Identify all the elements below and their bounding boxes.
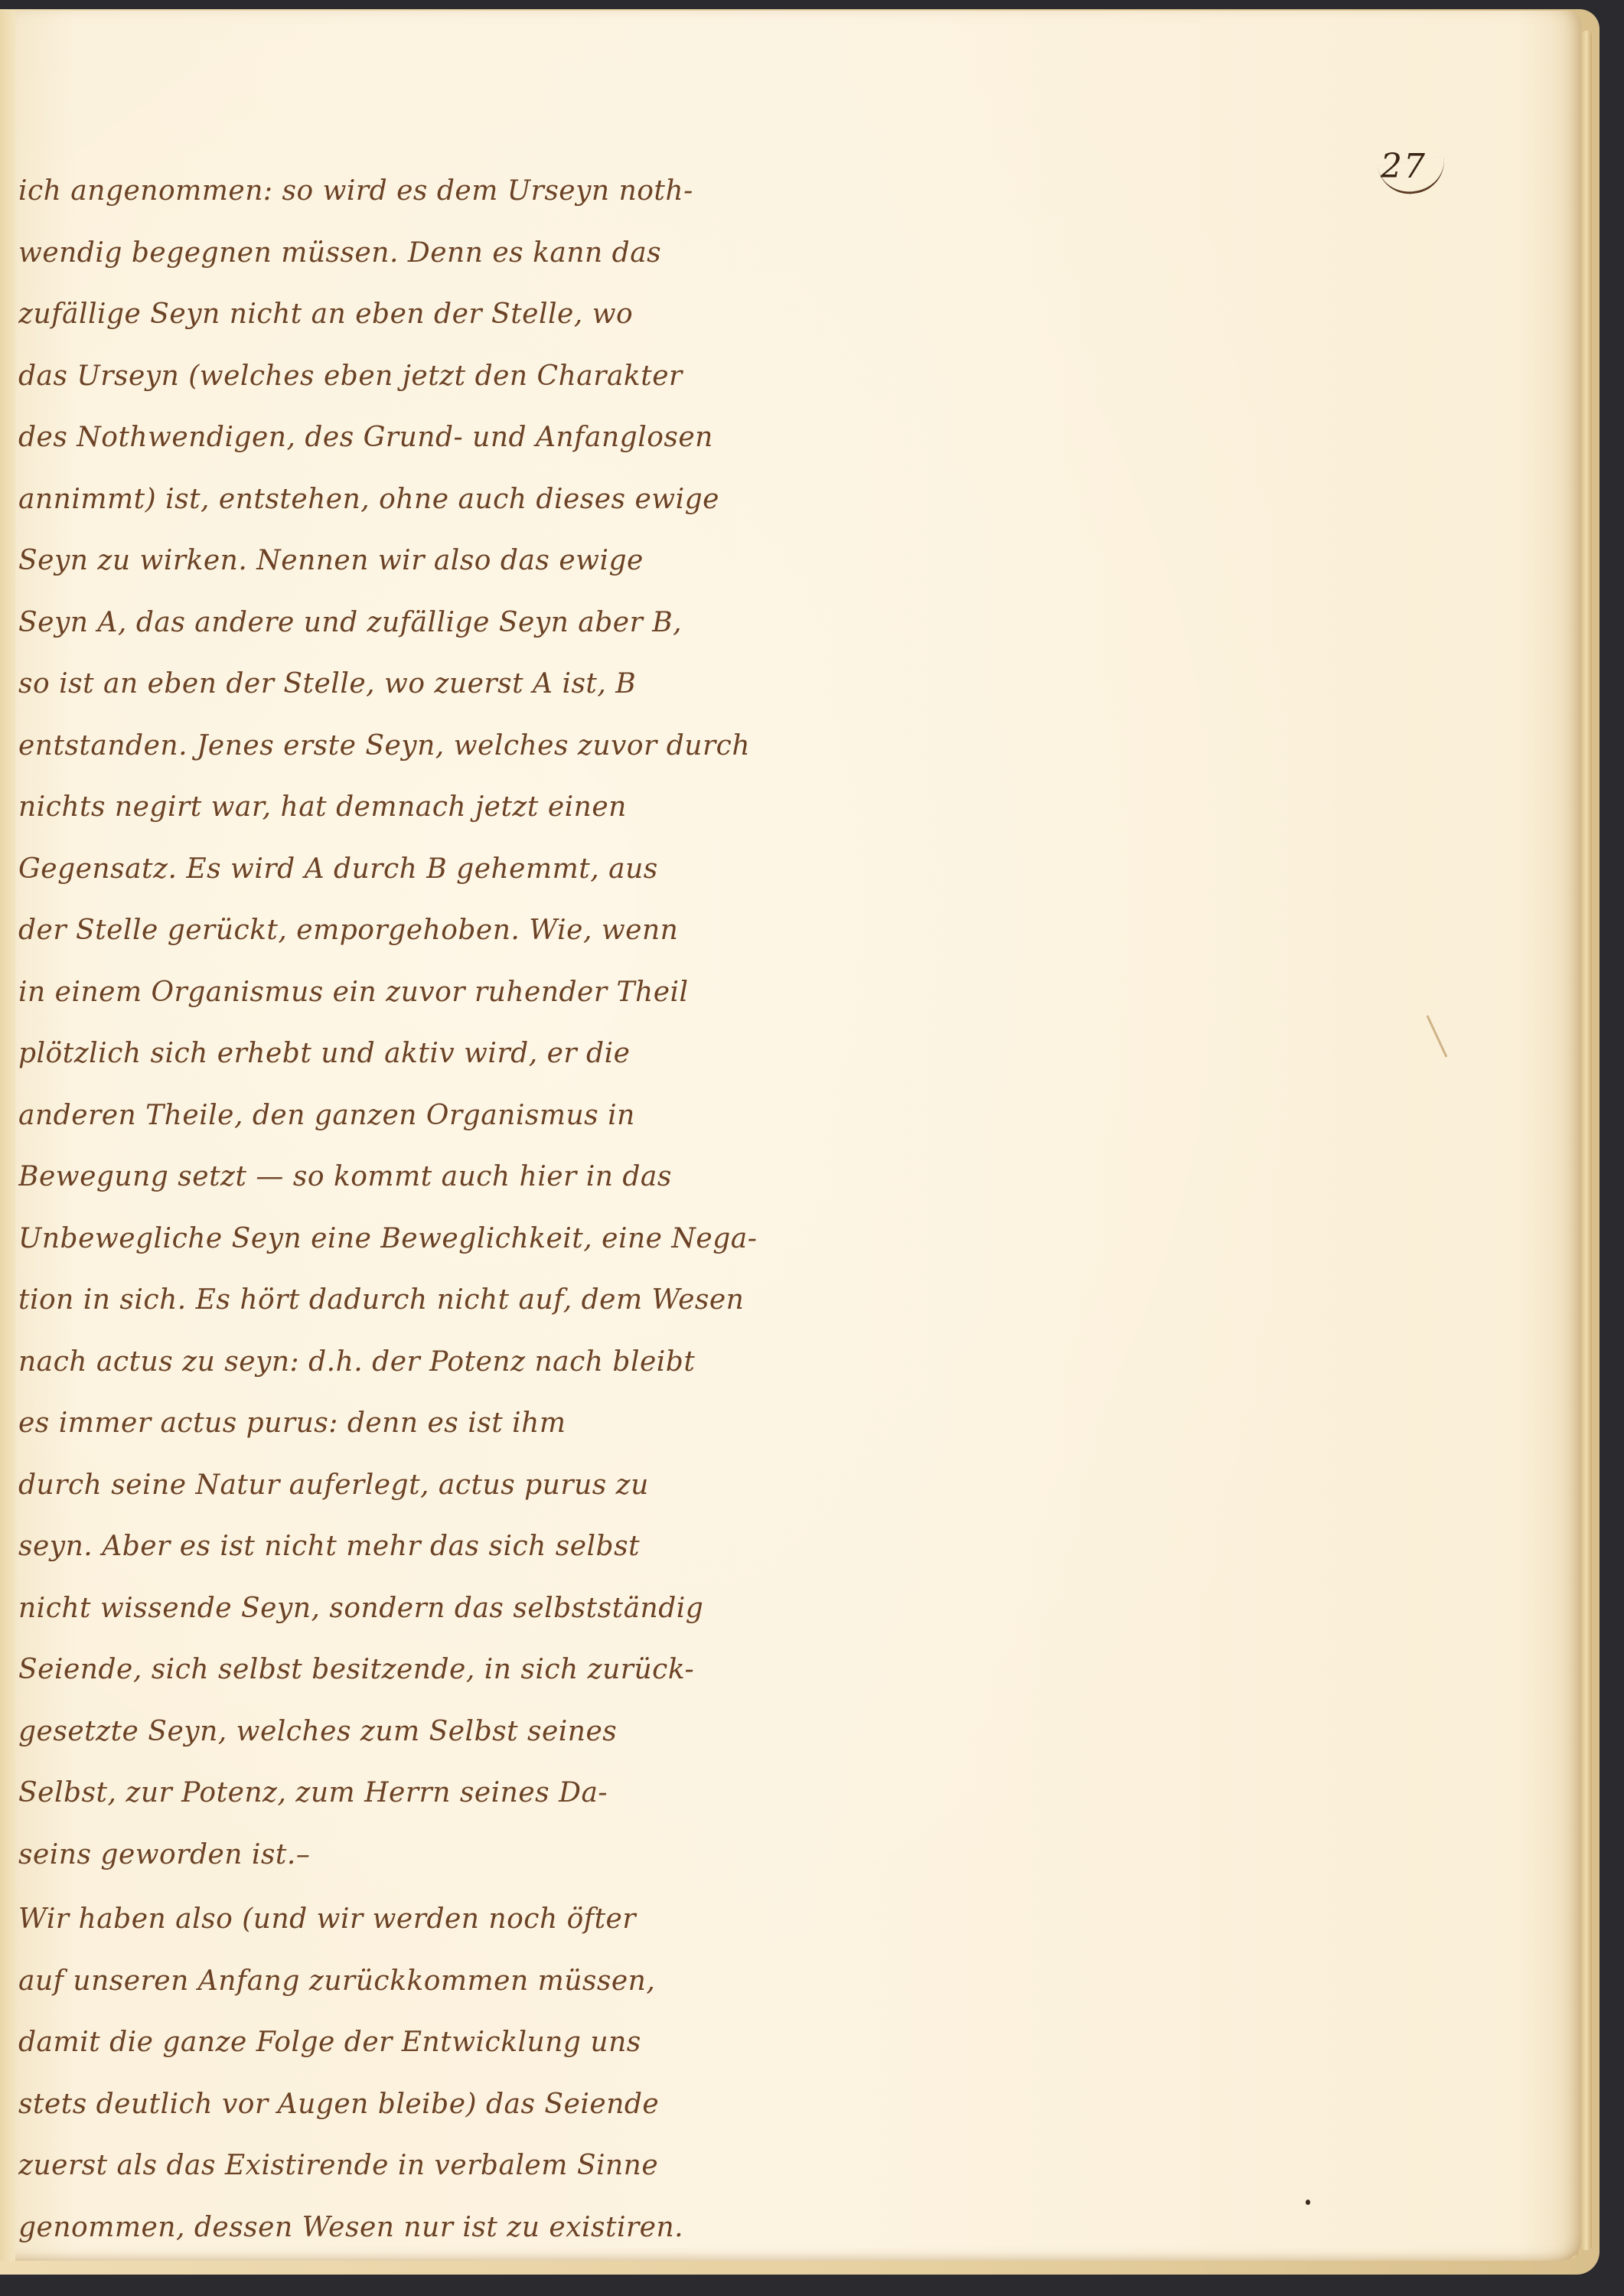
deckled-page-edge bbox=[1581, 31, 1592, 2250]
manuscript-line: ich angenommen: so wird es dem Urseyn no… bbox=[18, 161, 822, 223]
manuscript-line: Seyn zu wirken. Nennen wir also das ewig… bbox=[18, 530, 822, 592]
manuscript-line: stets deutlich vor Augen bleibe) das Sei… bbox=[18, 2074, 822, 2136]
manuscript-line: zuerst als das Existirende in verbalem S… bbox=[18, 2135, 822, 2197]
manuscript-line: seins geworden ist.– bbox=[18, 1825, 822, 1887]
manuscript-line: plötzlich sich erhebt und aktiv wird, er… bbox=[18, 1023, 822, 1085]
manuscript-line: auf unseren Anfang zurückkommen müssen, bbox=[18, 1951, 822, 2013]
manuscript-line: wendig begegnen müssen. Denn es kann das bbox=[18, 223, 822, 285]
binding-gutter bbox=[0, 11, 15, 2261]
ink-speck bbox=[1306, 2200, 1310, 2205]
manuscript-line: zufällige Seyn nicht an eben der Stelle,… bbox=[18, 284, 822, 346]
manuscript-line: anderen Theile, den ganzen Organismus in bbox=[18, 1085, 822, 1147]
manuscript-line: Unbewegliche Seyn eine Beweglichkeit, ei… bbox=[18, 1208, 822, 1270]
manuscript-line: Seiende, sich selbst besitzende, in sich… bbox=[18, 1639, 822, 1701]
manuscript-line: nichts negirt war, hat demnach jetzt ein… bbox=[18, 777, 822, 839]
manuscript-line: tion in sich. Es hört dadurch nicht auf,… bbox=[18, 1270, 822, 1332]
manuscript-line: das Urseyn (welches eben jetzt den Chara… bbox=[18, 346, 822, 408]
manuscript-line: annimmt) ist, entstehen, ohne auch diese… bbox=[18, 469, 822, 531]
manuscript-line: entstanden. Jenes erste Seyn, welches zu… bbox=[18, 716, 822, 778]
handwritten-text-block: ich angenommen: so wird es dem Urseyn no… bbox=[18, 161, 822, 2258]
manuscript-line: damit die ganze Folge der Entwicklung un… bbox=[18, 2012, 822, 2074]
manuscript-line: nicht wissende Seyn, sondern das selbsts… bbox=[18, 1578, 822, 1640]
manuscript-line: es immer actus purus: denn es ist ihm bbox=[18, 1393, 822, 1455]
page-number: 27 bbox=[1381, 147, 1427, 186]
manuscript-line: genommen, dessen Wesen nur ist zu existi… bbox=[18, 2197, 822, 2259]
manuscript-line: in einem Organismus ein zuvor ruhender T… bbox=[18, 962, 822, 1024]
manuscript-line: des Nothwendigen, des Grund- und Anfangl… bbox=[18, 407, 822, 469]
manuscript-line: Bewegung setzt — so kommt auch hier in d… bbox=[18, 1146, 822, 1208]
ink-stain bbox=[1426, 1015, 1447, 1058]
manuscript-line: Seyn A, das andere und zufällige Seyn ab… bbox=[18, 592, 822, 654]
manuscript-line: gesetzte Seyn, welches zum Selbst seines bbox=[18, 1701, 822, 1763]
manuscript-line: Selbst, zur Potenz, zum Herrn seines Da- bbox=[18, 1763, 822, 1825]
manuscript-page: 27 ich angenommen: so wird es dem Urseyn… bbox=[12, 11, 1581, 2261]
manuscript-line: seyn. Aber es ist nicht mehr das sich se… bbox=[18, 1516, 822, 1578]
manuscript-line: nach actus zu seyn: d.h. der Potenz nach… bbox=[18, 1332, 822, 1394]
manuscript-line: so ist an eben der Stelle, wo zuerst A i… bbox=[18, 654, 822, 716]
manuscript-line: durch seine Natur auferlegt, actus purus… bbox=[18, 1455, 822, 1517]
manuscript-line: Wir haben also (und wir werden noch öfte… bbox=[18, 1889, 822, 1951]
manuscript-line: der Stelle gerückt, emporgehoben. Wie, w… bbox=[18, 900, 822, 962]
manuscript-line: Gegensatz. Es wird A durch B gehemmt, au… bbox=[18, 839, 822, 901]
